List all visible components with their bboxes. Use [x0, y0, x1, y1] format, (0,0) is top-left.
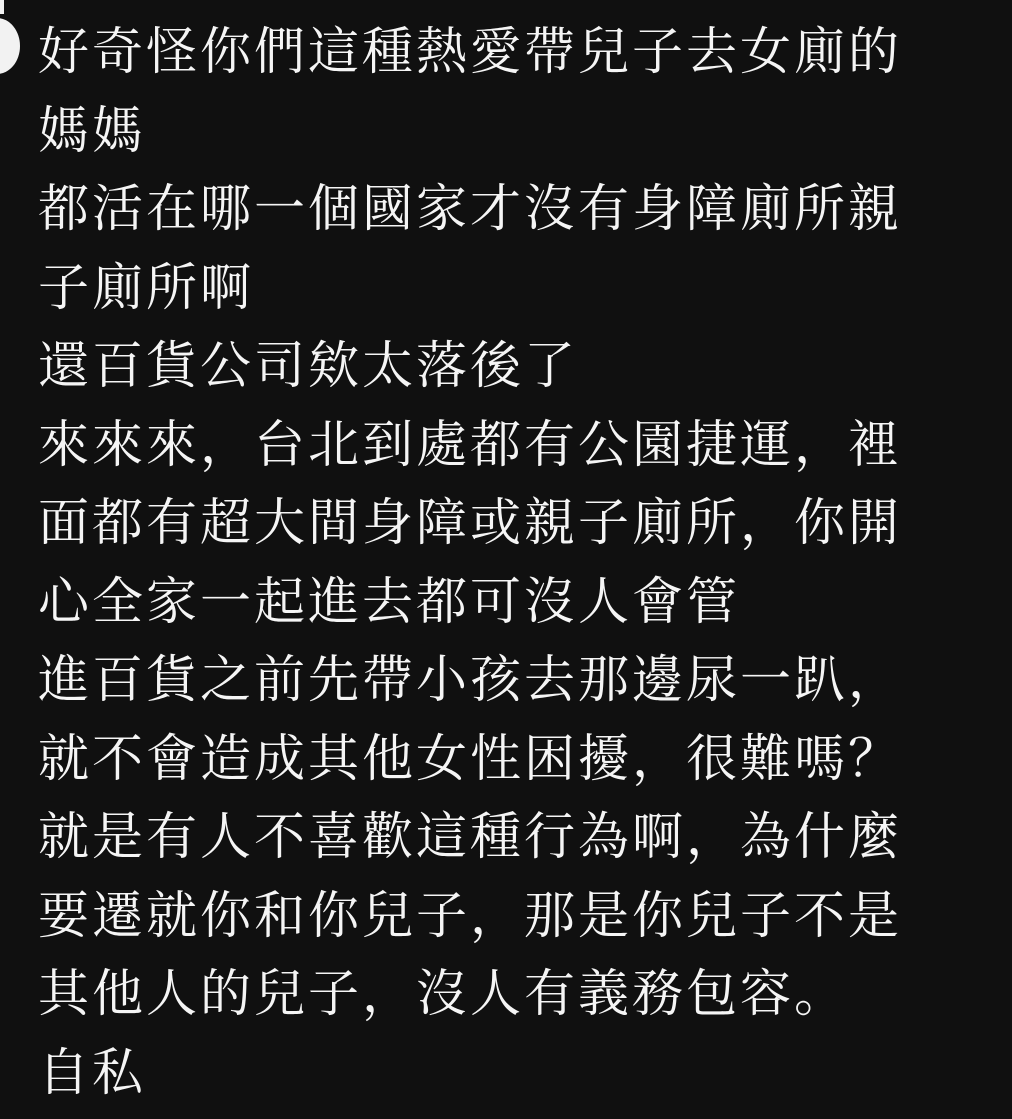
comment-line: 其他人的兒子，沒人有義務包容。 — [38, 956, 948, 1035]
comment-line: 來來來，台北到處都有公園捷運，裡 — [38, 407, 948, 486]
avatar-line — [0, 0, 4, 14]
comment-line: 面都有超大間身障或親子廁所，你開 — [38, 485, 948, 564]
comment-line: 媽媽 — [38, 93, 948, 172]
comment-line: 都活在哪一個國家才沒有身障廁所親 — [38, 171, 948, 250]
comment-line: 就是有人不喜歡這種行為啊，為什麼 — [38, 799, 948, 878]
comment-line: 自私 — [38, 1035, 948, 1114]
comment-line: 就不會造成其他女性困擾，很難嗎？ — [38, 721, 948, 800]
comment-body: 好奇怪你們這種熱愛帶兒子去女廁的 媽媽 都活在哪一個國家才沒有身障廁所親 子廁所… — [38, 14, 948, 1113]
comment-line: 好奇怪你們這種熱愛帶兒子去女廁的 — [38, 14, 948, 93]
comment-line: 還百貨公司欸太落後了 — [38, 328, 948, 407]
comment-line: 進百貨之前先帶小孩去那邊尿一趴， — [38, 642, 948, 721]
comment-line: 要遷就你和你兒子，那是你兒子不是 — [38, 878, 948, 957]
comment-line: 心全家一起進去都可沒人會管 — [38, 564, 948, 643]
comment-line: 子廁所啊 — [38, 250, 948, 329]
avatar[interactable] — [0, 18, 20, 74]
